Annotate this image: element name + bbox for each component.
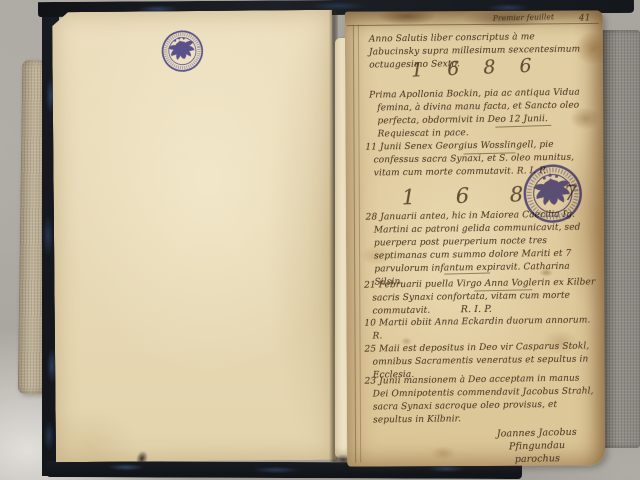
header-rule-line (347, 23, 599, 26)
right-page: Premier feuillet 41 Anno Salutis liber c… (345, 10, 605, 466)
signature-title: parochus (475, 451, 599, 467)
year-heading-1686: 1 6 8 6 (411, 54, 541, 81)
archive-stamp-icon (156, 24, 210, 78)
register-entry: 10 Martii obiit Anna Eckardin duorum ann… (364, 314, 596, 343)
priest-signature: Joannes Jacobus Pfingundau parochus (475, 425, 600, 467)
backing-cloth-right (600, 30, 640, 448)
left-page (52, 10, 336, 462)
archive-stamp-icon (518, 158, 588, 228)
register-entry: Prima Apollonia Bockin, pia ac antiqua V… (369, 86, 596, 141)
margin-rule-line (353, 25, 356, 463)
header-annotation: Premier feuillet (493, 12, 573, 23)
register-entry: 23 Junii mansionem à Deo acceptam in man… (364, 372, 597, 427)
page-number: 41 (579, 12, 591, 25)
signature-name: Joannes Jacobus Pfingundau (475, 425, 600, 454)
scanned-book-photo: Premier feuillet 41 Anno Salutis liber c… (0, 0, 640, 480)
margin-rule-line-2 (358, 25, 361, 463)
